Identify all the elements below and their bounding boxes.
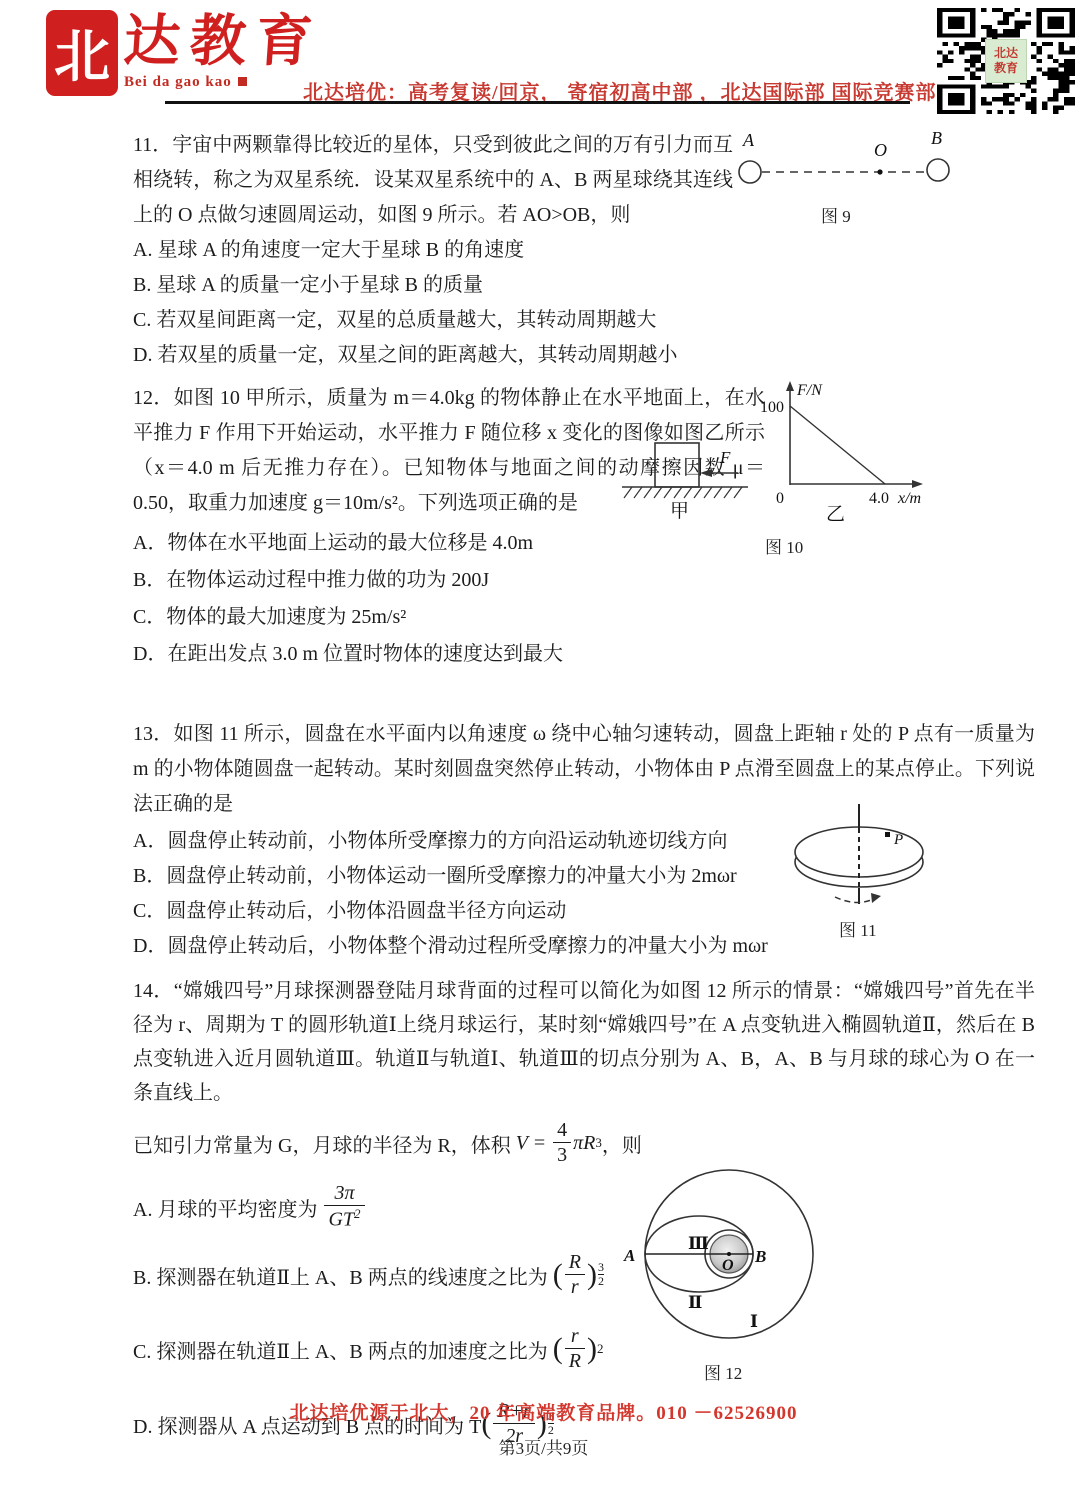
q12-option-b: B．在物体运动过程中推力做的功为 200J [133, 562, 1035, 599]
q11-option-a: A. 星球 A 的角速度一定大于星球 B 的角速度 [133, 233, 1035, 268]
block-icon [655, 443, 699, 487]
q11-option-d: D. 若双星的质量一定，双星之间的距离越大，其转动周期越小 [133, 338, 1035, 373]
x-4-tick: 4.0 [869, 490, 889, 507]
force-label: F [719, 448, 731, 467]
ratio-fraction-b: Rr [565, 1251, 585, 1299]
q11-option-b: B. 星球 A 的质量一定小于星球 B 的质量 [133, 268, 1035, 303]
question-14: 14．“嫦娥四号”月球探测器登陆月球背面的过程可以简化为如图 12 所示的情景：… [133, 974, 1035, 1458]
ratio-c-num: r [565, 1325, 585, 1348]
y-100-tick: 100 [760, 399, 784, 416]
density-fraction-den: GT2 [324, 1205, 364, 1232]
q14-option-a-label: A. 月球的平均密度为 [133, 1193, 322, 1222]
right-paren: ) [587, 1260, 597, 1290]
origin-label: 0 [776, 490, 784, 507]
point-o-label: O [722, 1257, 734, 1274]
volume-fraction: 43 [553, 1119, 571, 1167]
orbit-1-label: Ⅰ [750, 1312, 758, 1331]
rotation-arc [835, 897, 877, 903]
x-axis-label: x/m [897, 490, 921, 507]
logo-text: 达教育 [122, 12, 324, 72]
question-12: F 甲 F/N 100 0 4.0 x/m 乙 图 10 12．如图 [133, 381, 1035, 711]
logo: 北 达教育 Bei da gao kao [48, 12, 322, 94]
q14-option-c-label: C. 探测器在轨道Ⅱ上 A、B 两点的加速度之比为 [133, 1335, 553, 1364]
volume-fraction-den: 3 [553, 1142, 571, 1167]
center-point-o [877, 169, 882, 174]
star-a-icon [739, 161, 761, 183]
point-a-label: A [623, 1246, 635, 1265]
question-13: 13．如图 11 所示，圆盘在水平面内以角速度 ω 绕中心轴匀速转动，圆盘上距轴… [133, 717, 1035, 964]
ratio-fraction-c: rR [565, 1325, 585, 1373]
qr-label-line1: 北达 [994, 46, 1018, 61]
q14-given-prefix: 已知引力常量为 G，月球的半径为 R，体积 [133, 1129, 516, 1158]
rotation-arrowhead [871, 893, 881, 903]
density-fraction-num: 3π [324, 1182, 364, 1205]
q11-stem: 11．宇宙中两颗靠得比较近的星体，只受到彼此之间的万有引力而互相绕转，称之为双星… [133, 128, 733, 233]
rotating-disc-diagram: P [777, 802, 962, 910]
exam-page: 北 达教育 Bei da gao kao 北达培优：高考复读/回京， 寄宿初高中… [0, 0, 1087, 1512]
point-b-label: B [754, 1247, 766, 1266]
binary-star-diagram: A O B [735, 132, 957, 194]
header-divider [165, 101, 910, 104]
ratio-b-num: R [565, 1251, 585, 1274]
lunar-orbit-diagram: A B O Ⅲ Ⅱ Ⅰ [622, 1166, 837, 1351]
qr-label-line2: 教育 [994, 61, 1018, 76]
force-arrowhead [700, 469, 712, 477]
q14-given-suffix: ，则 [602, 1129, 642, 1158]
block-and-graph-diagram: F 甲 F/N 100 0 4.0 x/m 乙 [620, 379, 935, 523]
logo-subtext-label: Bei da gao kao [124, 74, 232, 90]
page-number: 第3页/共9页 [0, 1434, 1087, 1459]
jia-label: 甲 [670, 501, 689, 522]
ground-hatching [624, 487, 742, 498]
qr-code: 北达 教育 [937, 8, 1075, 114]
q14-option-b-label: B. 探测器在轨道Ⅱ上 A、B 两点的线速度之比为 [133, 1261, 553, 1290]
figure-11-caption: 图 11 [839, 916, 962, 941]
header: 北 达教育 Bei da gao kao 北达培优：高考复读/回京， 寄宿初高中… [0, 0, 1087, 120]
orbit-3-label: Ⅲ [688, 1234, 709, 1253]
volume-equation: V = [516, 1132, 551, 1155]
exp-num: 3 [598, 1261, 604, 1274]
disc-top [795, 827, 923, 877]
q14-stem: 14．“嫦娥四号”月球探测器登陆月球背面的过程可以简化为如图 12 所示的情景：… [133, 974, 1035, 1110]
exp-den: 2 [598, 1274, 604, 1289]
page-footer: 北达培优源于北大，20 年高端教育品牌。010 －62526900 第3页/共9… [0, 1398, 1087, 1459]
star-b-icon [927, 159, 949, 181]
exponent-three-halves: 32 [598, 1261, 604, 1288]
ratio-b-den: r [565, 1274, 585, 1299]
point-p-marker [885, 832, 890, 837]
logo-square-icon [238, 77, 247, 86]
fig9-label-a: A [742, 132, 755, 150]
exponent-two: 2 [597, 1341, 604, 1357]
logo-wordmark: 达教育 Bei da gao kao [124, 12, 322, 94]
orbit-2-label: Ⅱ [688, 1293, 702, 1312]
q14-option-c: C. 探测器在轨道Ⅱ上 A、B 两点的加速度之比为 (rR)2 [133, 1316, 1035, 1382]
qr-center-label: 北达 教育 [985, 39, 1027, 83]
left-paren: ( [553, 1260, 563, 1290]
volume-base: πR [573, 1132, 595, 1155]
figure-9: A O B 图 9 [735, 132, 957, 227]
fig9-label-o: O [874, 140, 887, 160]
volume-fraction-num: 4 [553, 1119, 571, 1142]
q11-option-c: C. 若双星间距离一定，双星的总质量越大，其转动周期越大 [133, 303, 1035, 338]
figure-10-caption: 图 10 [765, 533, 935, 558]
question-11: A O B 图 9 11．宇宙中两颗靠得比较近的星体，只受到彼此之间的万有引力而… [133, 128, 1035, 373]
q14-option-a: A. 月球的平均密度为 3πGT2 [133, 1178, 1035, 1236]
q12-option-c: C．物体的最大加速度为 25m/s² [133, 599, 1035, 636]
x-axis-arrowhead [912, 480, 923, 488]
fig9-label-b: B [931, 132, 942, 148]
yi-label: 乙 [826, 504, 845, 523]
density-fraction: 3πGT2 [324, 1182, 364, 1232]
q14-given-line: 已知引力常量为 G，月球的半径为 R，体积 V = 43πR3，则 [133, 1114, 1035, 1172]
logo-subtext: Bei da gao kao [124, 74, 322, 91]
force-displacement-line [790, 406, 885, 484]
point-p-label: P [893, 832, 903, 848]
figure-9-caption: 图 9 [821, 202, 957, 227]
footer-slogan: 北达培优源于北大，20 年高端教育品牌。010 －62526900 [0, 1398, 1087, 1425]
left-paren: ( [553, 1334, 563, 1364]
y-axis-label: F/N [796, 382, 823, 399]
y-axis-arrowhead [786, 381, 794, 391]
q12-option-d: D．在距出发点 3.0 m 位置时物体的速度达到最大 [133, 636, 1035, 673]
figure-12-caption: 图 12 [704, 1359, 837, 1384]
figure-11: P 图 11 [777, 802, 962, 941]
exam-body: A O B 图 9 11．宇宙中两颗靠得比较近的星体，只受到彼此之间的万有引力而… [133, 118, 1035, 1458]
moon-center-dot [727, 1252, 731, 1256]
right-paren: ) [587, 1334, 597, 1364]
ratio-c-den: R [565, 1348, 585, 1373]
figure-12: A B O Ⅲ Ⅱ Ⅰ 图 12 [622, 1166, 837, 1384]
logo-seal-icon: 北 [48, 12, 116, 94]
q13-options: P 图 11 A．圆盘停止转动前，小物体所受摩擦力的方向沿运动轨迹切线方向 B．… [133, 824, 1035, 964]
figure-10: F 甲 F/N 100 0 4.0 x/m 乙 图 10 [620, 379, 935, 558]
q14-option-b: B. 探测器在轨道Ⅱ上 A、B 两点的线速度之比为 (Rr)32 [133, 1242, 1035, 1308]
